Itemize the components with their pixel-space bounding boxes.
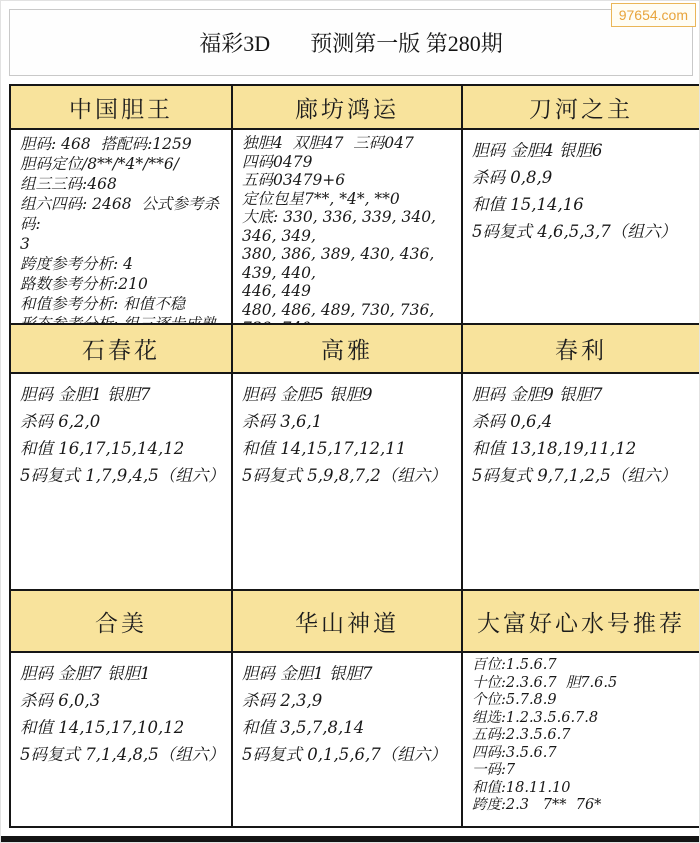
panel-body-chunli: 胆码 金胆9 银胆7 杀码 0,6,4 和值 13,18,19,11,12 5码… bbox=[463, 374, 699, 591]
bottom-divider-bar bbox=[1, 836, 700, 843]
page-title-issue: 预测第一版 第280期 bbox=[310, 27, 503, 58]
panel-body-huashan-shendao: 胆码 金胆1 银胆7 杀码 2,3,9 和值 3,5,7,8,14 5码复式 0… bbox=[233, 653, 463, 826]
panel-header-hemei: 合美 bbox=[11, 591, 233, 653]
prediction-table: 中国胆王 廊坊鸿运 刀河之主 胆码: 468 搭配码:1259 胆码定位/8**… bbox=[9, 84, 700, 828]
panel-header-dafu-haoxinshui: 大富好心水号推荐 bbox=[463, 591, 699, 653]
panel-header-huashan-shendao: 华山神道 bbox=[233, 591, 463, 653]
panel-header-shichunhua: 石春花 bbox=[11, 325, 233, 374]
panel-header-zhongguo-danwang: 中国胆王 bbox=[11, 86, 233, 130]
panel-body-langfang-hongyun: 独胆4 双胆47 三码047 四码0479 五码03479+6 定位包星7**,… bbox=[233, 130, 463, 325]
panel-body-daohe-zhizhu: 胆码 金胆4 银胆6 杀码 0,8,9 和值 15,14,16 5码复式 4,6… bbox=[463, 130, 699, 325]
panel-body-dafu-haoxinshui: 百位:1.5.6.7 十位:2.3.6.7 胆7.6.5 个位:5.7.8.9 … bbox=[463, 653, 699, 826]
page-title-game: 福彩3D bbox=[199, 27, 270, 58]
panel-header-langfang-hongyun: 廊坊鸿运 bbox=[233, 86, 463, 130]
panel-body-hemei: 胆码 金胆7 银胆1 杀码 6,0,3 和值 14,15,17,10,12 5码… bbox=[11, 653, 233, 826]
panel-header-daohe-zhizhu: 刀河之主 bbox=[463, 86, 699, 130]
panel-body-shichunhua: 胆码 金胆1 银胆7 杀码 6,2,0 和值 16,17,15,14,12 5码… bbox=[11, 374, 233, 591]
panel-body-gaoya: 胆码 金胆5 银胆9 杀码 3,6,1 和值 14,15,17,12,11 5码… bbox=[233, 374, 463, 591]
title-box: 福彩3D 预测第一版 第280期 bbox=[9, 9, 693, 76]
site-watermark: 97654.com bbox=[611, 3, 696, 27]
page: 97654.com 福彩3D 预测第一版 第280期 中国胆王 廊坊鸿运 刀河之… bbox=[0, 0, 700, 843]
panel-body-zhongguo-danwang: 胆码: 468 搭配码:1259 胆码定位/8**/*4*/**6/ 组三三码:… bbox=[11, 130, 233, 325]
panel-header-gaoya: 高雅 bbox=[233, 325, 463, 374]
panel-header-chunli: 春利 bbox=[463, 325, 699, 374]
